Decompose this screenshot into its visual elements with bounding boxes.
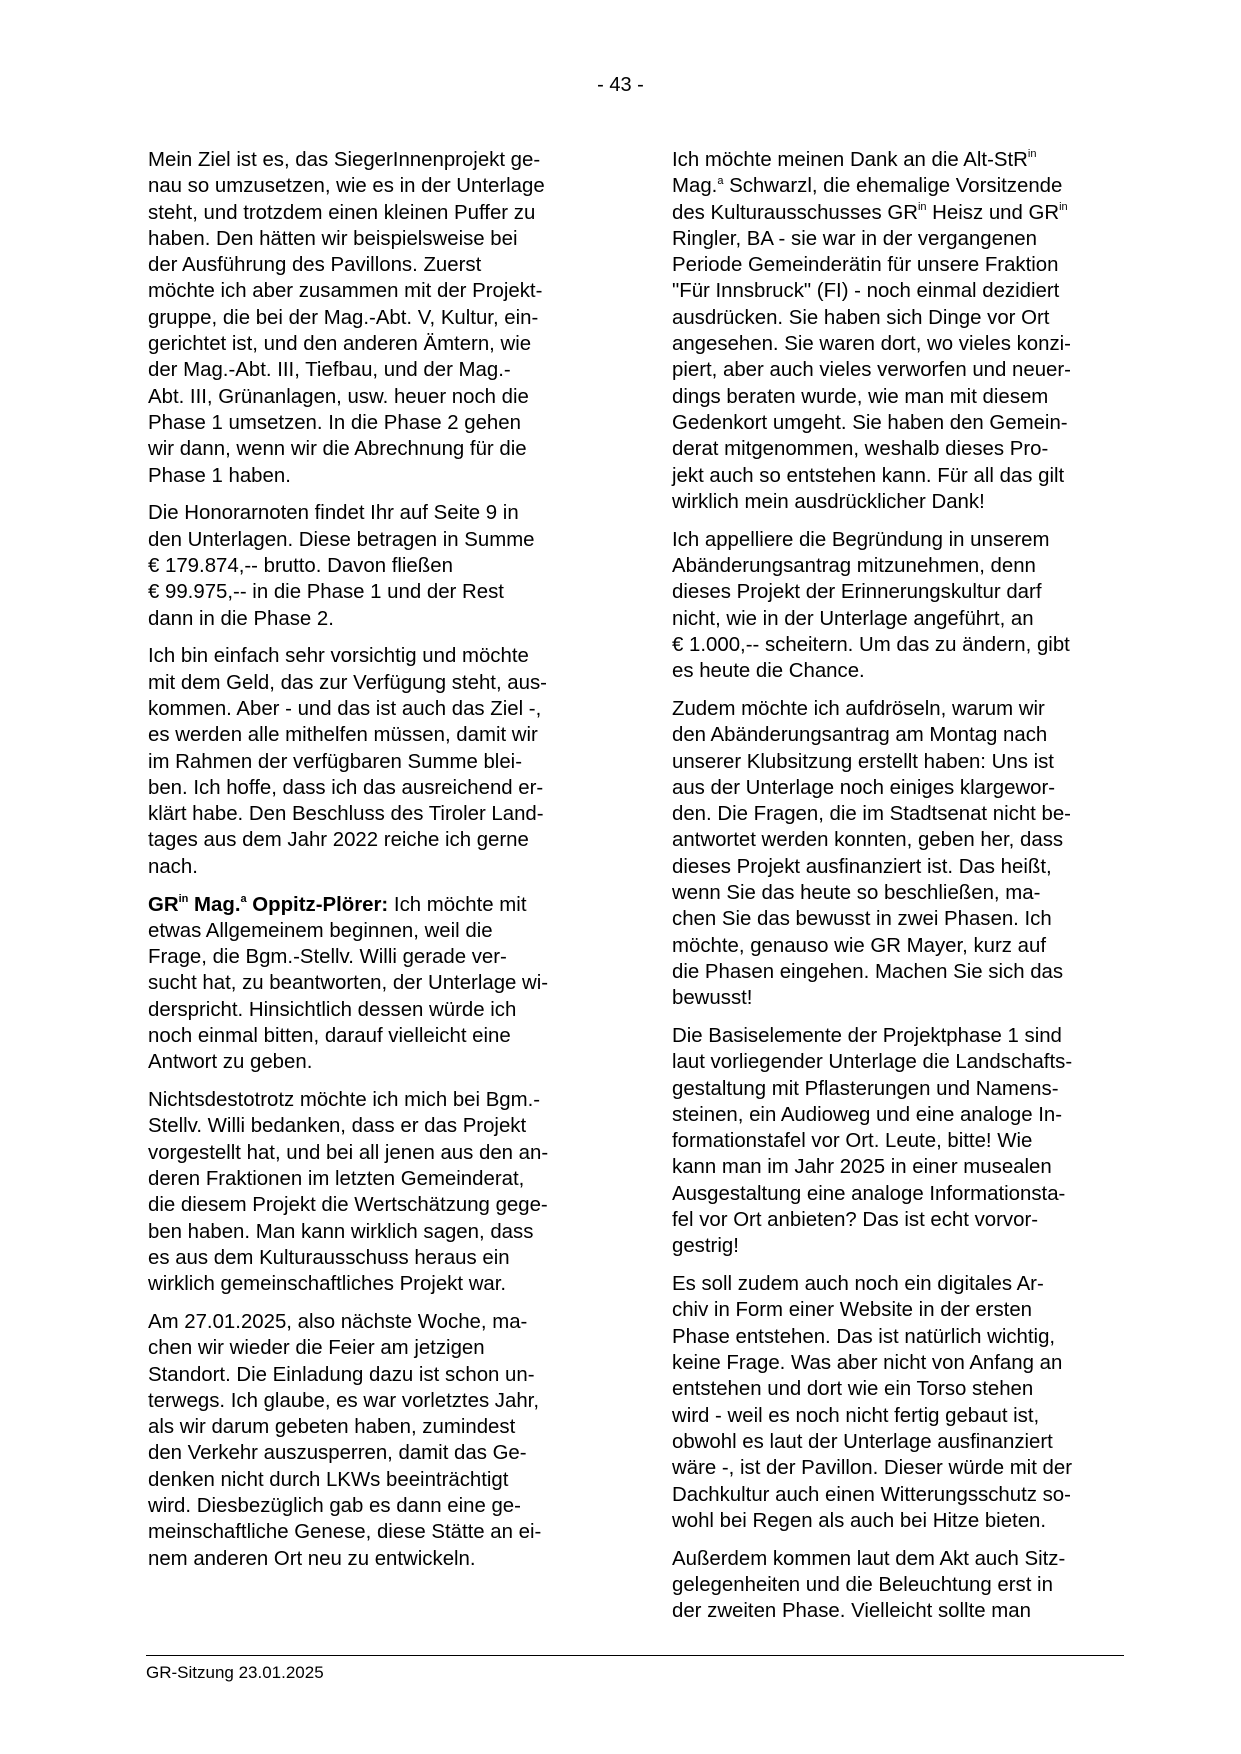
paragraph: Die Honorarnoten findet Ihr auf Seite 9 … <box>148 500 608 631</box>
superscript: in <box>179 893 189 905</box>
text-run: Ringler, BA - sie war in der vergangenen… <box>672 228 1071 513</box>
paragraph: Nichtsdestotrotz möchte ich mich bei Bgm… <box>148 1087 608 1297</box>
speaker-paragraph: GRin Mag.a Oppitz-Plörer: Ich möchte mit… <box>148 892 608 1076</box>
superscript: in <box>918 201 927 213</box>
right-column: Ich möchte meinen Dank an die Alt-StRin … <box>672 147 1132 1636</box>
speaker-title: GR <box>148 894 179 916</box>
speaker-surname: Oppitz-Plörer: <box>247 894 389 916</box>
speaker-text: Ich möchte mit etwas Allgemeinem beginne… <box>148 894 548 1074</box>
paragraph: Zudem möchte ich aufdröseln, warum wir d… <box>672 696 1132 1012</box>
superscript: a <box>241 893 247 905</box>
paragraph: Am 27.01.2025, also nächste Woche, ma- c… <box>148 1309 608 1572</box>
text-run: Heisz und GR <box>927 202 1060 224</box>
footer-divider <box>146 1655 1124 1656</box>
speaker-degree: Mag. <box>188 894 240 916</box>
paragraph: Mein Ziel ist es, das SiegerInnenprojekt… <box>148 147 608 489</box>
paragraph: Es soll zudem auch noch ein digitales Ar… <box>672 1271 1132 1534</box>
paragraph: Ich möchte meinen Dank an die Alt-StRin … <box>672 147 1132 515</box>
left-column: Mein Ziel ist es, das SiegerInnenprojekt… <box>148 147 608 1583</box>
paragraph: Ich bin einfach sehr vorsichtig und möch… <box>148 643 608 880</box>
paragraph: Außerdem kommen laut dem Akt auch Sitz- … <box>672 1546 1132 1625</box>
paragraph: Die Basiselemente der Projektphase 1 sin… <box>672 1023 1132 1260</box>
speaker-name: GRin Mag.a Oppitz-Plörer: <box>148 894 388 916</box>
superscript: in <box>1059 201 1068 213</box>
text-run: Mag. <box>672 175 717 197</box>
paragraph: Ich appelliere die Begründung in unserem… <box>672 527 1132 685</box>
page-number: - 43 - <box>0 74 1241 97</box>
superscript: a <box>717 175 723 187</box>
superscript: in <box>1028 148 1037 160</box>
footer-text: GR-Sitzung 23.01.2025 <box>146 1663 324 1683</box>
text-run: Ich möchte meinen Dank an die Alt-StR <box>672 149 1028 171</box>
